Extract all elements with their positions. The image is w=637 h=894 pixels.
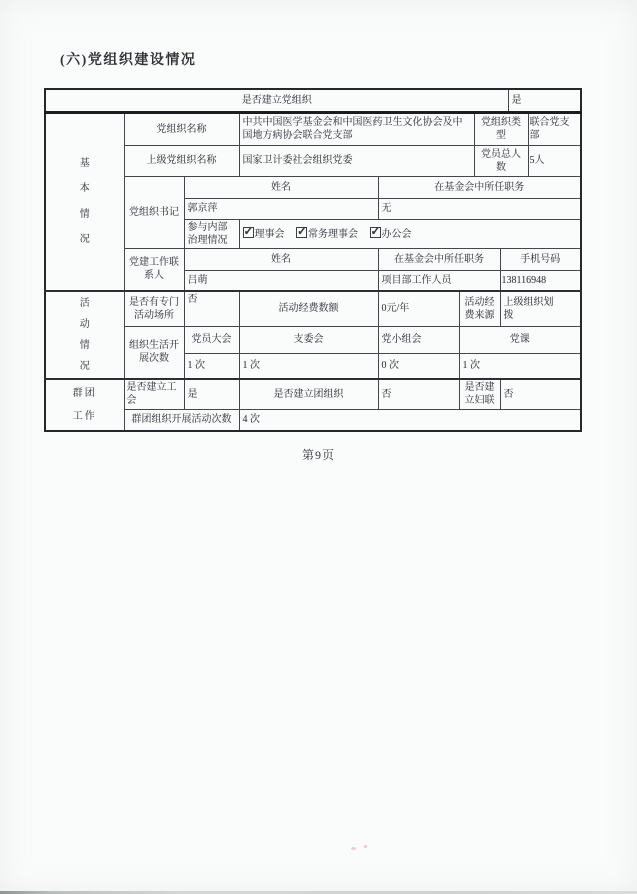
meeting-count-branch-committee: 1 次 — [239, 353, 378, 379]
section-basic-info: 基本情况 — [45, 112, 124, 291]
funds-source-label: 活动经费来源 — [459, 291, 500, 326]
contact-position-header: 在基金会中所任职务 — [378, 248, 500, 270]
section-mass-work: 群团工作 — [45, 379, 124, 431]
parent-org-value: 国家卫计委社会组织党委 — [239, 145, 474, 176]
meeting-type-branch-committee: 支委会 — [239, 326, 378, 353]
funds-source-value: 上级组织划拨 — [500, 291, 581, 326]
venue-label: 是否有专门活动场所 — [124, 291, 184, 326]
venue-value: 否 — [184, 291, 239, 326]
option-standing-council: 常务理事会 — [296, 229, 358, 240]
youth-org-value: 否 — [378, 379, 459, 409]
youth-org-label: 是否建立团组织 — [239, 379, 378, 409]
women-fed-value: 否 — [500, 379, 581, 409]
meeting-type-members-assembly: 党员大会 — [184, 326, 239, 353]
secretary-position-header: 在基金会中所任职务 — [378, 176, 581, 198]
funds-value: 0元/年 — [378, 291, 459, 326]
secretary-label: 党组织书记 — [124, 176, 184, 248]
org-type-label: 党组织类型 — [474, 112, 528, 145]
governance-label: 参与内部治理情况 — [184, 219, 239, 248]
scanned-page: (六)党组织建设情况 是否建立党组织 是 基本情况 党组织名称 中共中国医学基金… — [0, 0, 637, 894]
meeting-type-party-lecture: 党课 — [459, 326, 581, 353]
member-total-label: 党员总人数 — [474, 145, 528, 176]
contact-position-value: 项目部工作人员 — [378, 270, 500, 291]
mass-activities-label: 群团组织开展活动次数 — [124, 409, 239, 431]
scan-artifact — [364, 845, 367, 848]
org-name-value: 中共中国医学基金会和中国医药卫生文化协会及中国地方病协会联合党支部 — [239, 112, 474, 145]
secretary-position-value: 无 — [378, 198, 581, 219]
meeting-count-party-lecture: 1 次 — [459, 353, 581, 379]
a-party-org-established: 是 — [508, 89, 581, 112]
q-party-org-established: 是否建立党组织 — [45, 89, 508, 112]
contact-name-value: 吕萌 — [184, 270, 378, 291]
contact-phone-header: 手机号码 — [500, 248, 581, 270]
page-number: 第9页 — [0, 446, 637, 463]
meeting-type-small-group: 党小组会 — [378, 326, 459, 353]
section-activity: 活动情况 — [45, 291, 124, 379]
union-label: 是否建立工会 — [124, 379, 184, 409]
governance-options: 理事会 常务理事会 办公会 — [239, 219, 581, 248]
union-value: 是 — [184, 379, 239, 409]
checked-checkbox-icon — [370, 227, 381, 238]
secretary-name-value: 郭京萍 — [184, 198, 378, 219]
org-life-label: 组织生活开展次数 — [124, 326, 184, 379]
contact-name-header: 姓名 — [184, 248, 378, 270]
funds-label: 活动经费数额 — [239, 291, 378, 326]
secretary-name-header: 姓名 — [184, 176, 378, 198]
women-fed-label: 是否建立妇联 — [459, 379, 500, 409]
meeting-count-members-assembly: 1 次 — [184, 353, 239, 379]
parent-org-label: 上级党组织名称 — [124, 145, 239, 176]
org-name-label: 党组织名称 — [124, 112, 239, 145]
party-org-build-table: 是否建立党组织 是 基本情况 党组织名称 中共中国医学基金会和中国医药卫生文化协… — [44, 88, 582, 432]
checked-checkbox-icon — [243, 227, 254, 238]
mass-activities-value: 4 次 — [239, 409, 581, 431]
section-heading: (六)党组织建设情况 — [60, 49, 196, 69]
checked-checkbox-icon — [296, 227, 307, 238]
scan-artifact — [351, 847, 356, 850]
contact-phone-value: 138116948 — [500, 270, 581, 291]
contact-label: 党建工作联系人 — [124, 248, 184, 291]
option-council: 理事会 — [243, 229, 285, 240]
member-total-value: 5人 — [528, 145, 581, 176]
meeting-count-small-group: 0 次 — [378, 353, 459, 379]
org-type-value: 联合党支部 — [528, 112, 581, 145]
option-office-meeting: 办公会 — [370, 229, 412, 240]
